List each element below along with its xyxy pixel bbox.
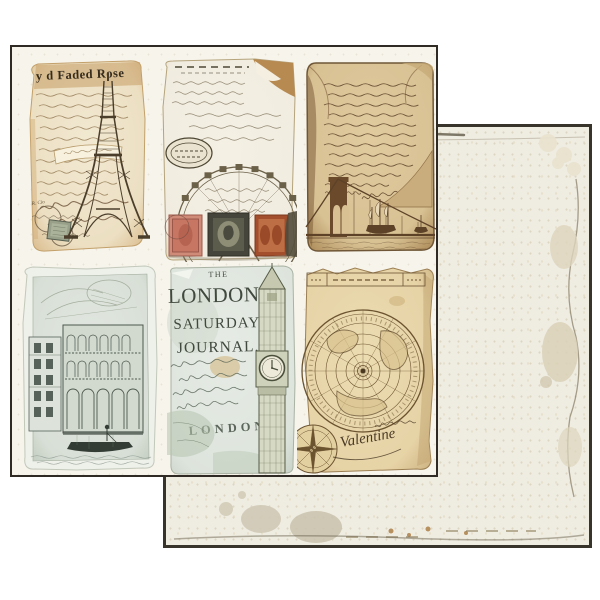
card-polar-map: Valentine	[297, 261, 438, 476]
stamp-pink	[165, 215, 202, 256]
card-venice-palace	[17, 263, 160, 473]
stamp-red	[255, 215, 288, 256]
masthead-journal: JOURNAL.	[177, 338, 260, 357]
corner-scallops	[539, 134, 581, 176]
bottom-grime	[346, 531, 536, 537]
masthead-london: LONDON	[168, 282, 260, 308]
card-paris-eiffel: y d Faded Rose	[24, 59, 150, 254]
palace-facade	[63, 325, 143, 435]
card-ferris-wheel	[159, 57, 297, 262]
product-photo: y d Faded Rose	[0, 0, 600, 600]
eiffel-card-art: y d Faded Rose	[24, 59, 150, 254]
stain	[389, 296, 405, 306]
ferris-card-art	[159, 57, 297, 262]
masthead-the: THE	[208, 270, 228, 279]
venice-card-art	[17, 263, 160, 473]
front-sheet: y d Faded Rose	[10, 45, 438, 477]
london-card-art: THE LONDON SATURDAY JOURNAL. LONDON	[163, 263, 297, 477]
card-brooklyn-bridge	[302, 59, 438, 255]
pole-dot	[361, 369, 366, 374]
bridge-card-art	[302, 59, 438, 255]
big-ben	[256, 263, 288, 473]
stamp-ceres	[208, 213, 249, 256]
bottom-deckle-line	[174, 535, 584, 540]
left-building	[29, 337, 61, 431]
right-stains	[540, 225, 582, 467]
masthead-saturday: SATURDAY	[173, 315, 260, 333]
oval-stamp	[166, 138, 212, 168]
map-card-art: Valentine	[297, 261, 438, 476]
card-london-journal: THE LONDON SATURDAY JOURNAL. LONDON	[163, 263, 297, 477]
